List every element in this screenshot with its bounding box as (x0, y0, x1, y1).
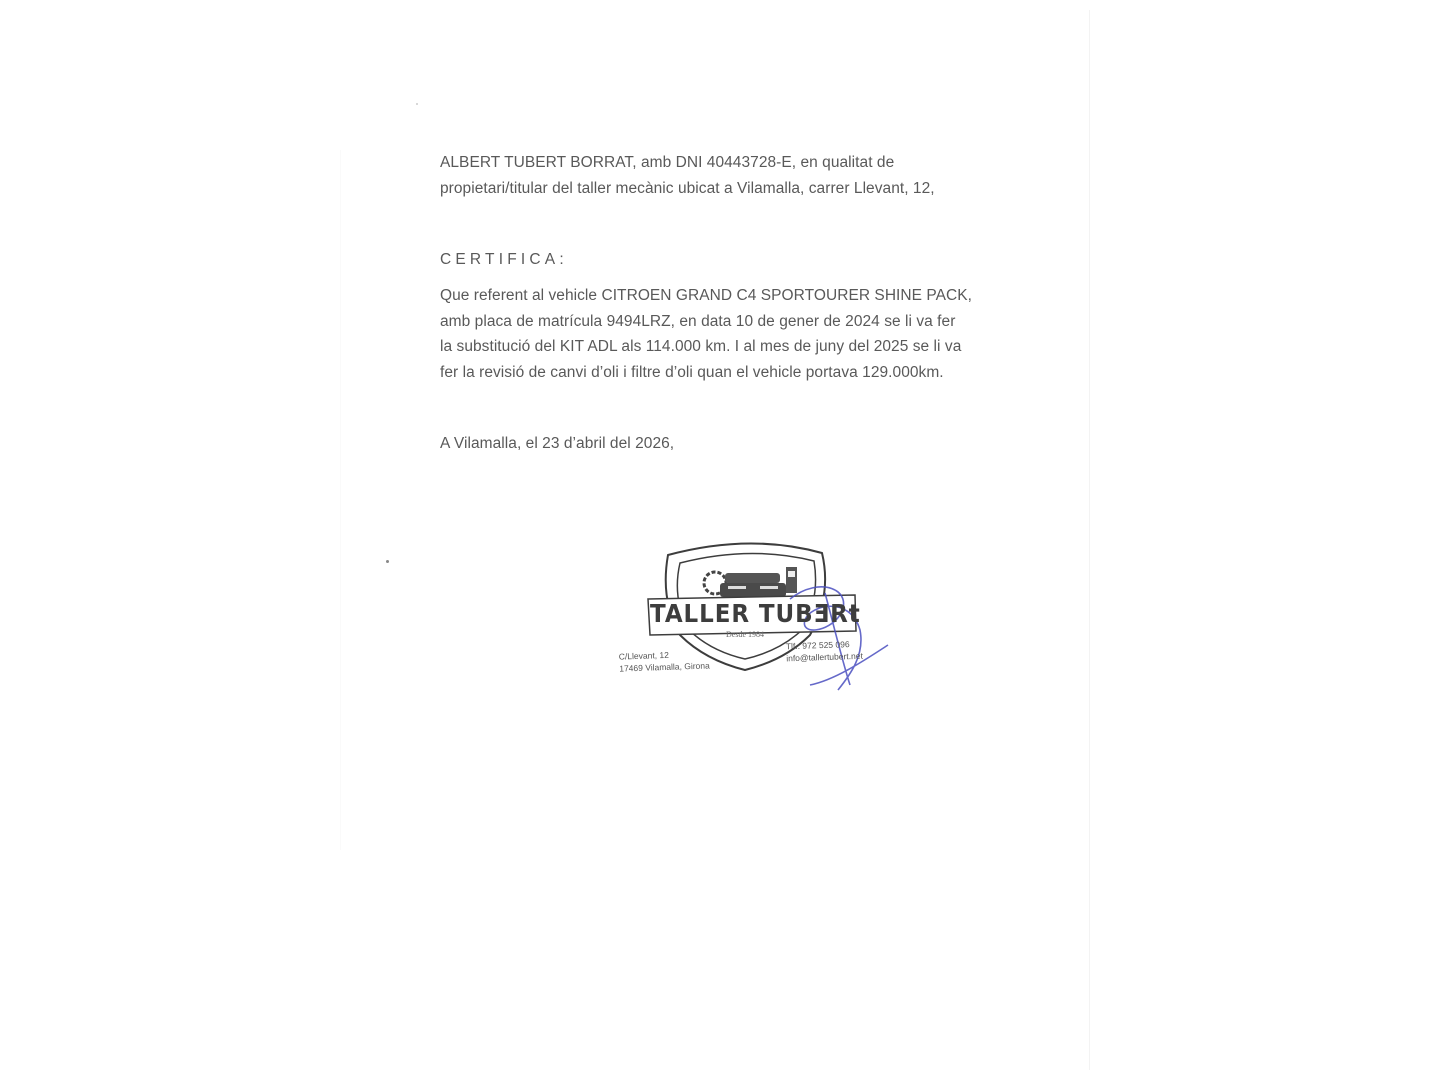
stamp-since: Desde 1984 (726, 630, 764, 639)
scan-speck (386, 560, 389, 563)
certifica-heading: CERTIFICA: (440, 247, 568, 273)
certificate-body: Que referent al vehicle CITROEN GRAND C4… (440, 283, 972, 385)
place-date: A Vilamalla, el 23 d’abril del 2026, (440, 431, 674, 457)
intro-line: ALBERT TUBERT BORRAT, amb DNI 40443728-E… (440, 150, 935, 176)
intro-line: propietari/titular del taller mecànic ub… (440, 176, 935, 202)
body-line: fer la revisió de canvi d’oli i filtre d… (440, 360, 972, 386)
stamp-address: C/Llevant, 12 17469 Vilamalla, Girona (619, 647, 710, 674)
stamp-brand: TALLER TUBƎRt (650, 599, 861, 628)
stamp-contact: Tlf.: 972 525 096 info@tallertubert.net (786, 638, 863, 665)
company-stamp: TALLER TUBƎRt Desde 1984 C/Llevant, 12 1… (610, 535, 900, 700)
page-edge-left (340, 150, 341, 850)
body-line: amb placa de matrícula 9494LRZ, en data … (440, 309, 972, 335)
body-line: la substitució del KIT ADL als 114.000 k… (440, 334, 972, 360)
certifier-intro: ALBERT TUBERT BORRAT, amb DNI 40443728-E… (440, 150, 935, 201)
scan-speck (416, 103, 418, 105)
page-edge (1089, 10, 1090, 1070)
body-line: Que referent al vehicle CITROEN GRAND C4… (440, 283, 972, 309)
